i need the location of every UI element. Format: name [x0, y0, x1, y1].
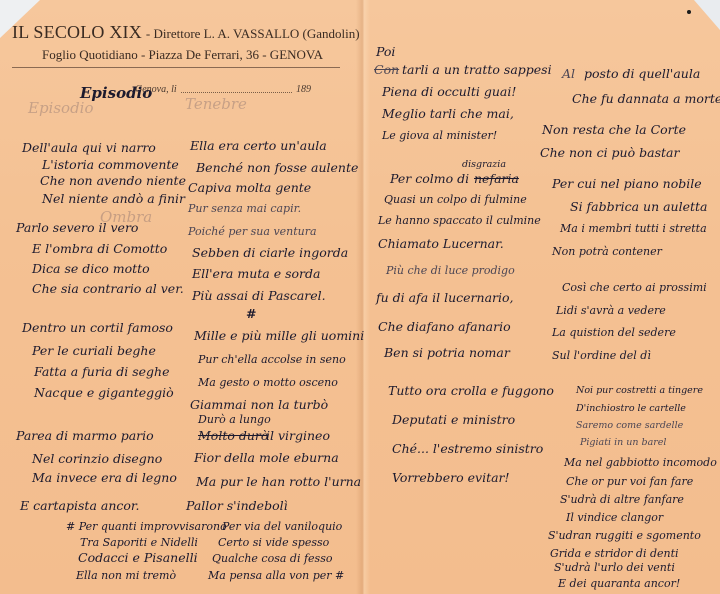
verse-line: Pur ch'ella accolse in seno [198, 354, 346, 365]
verse-line: D'inchiostro le cartelle [576, 404, 686, 414]
verse-line: Giammai non la turbò [190, 399, 328, 412]
verse-line: tarli a un tratto sappesi [402, 64, 552, 77]
verse-line: Certo si vide spesso [218, 537, 329, 548]
verse-line: Pigiati in un barel [580, 438, 666, 448]
verse-line: Nel corinzio disegno [32, 453, 162, 466]
verse-line: Ma pur le han rotto l'urna [196, 476, 361, 489]
verse-line: E cartapista ancor. [20, 500, 139, 513]
verse-line: il virgineo [266, 430, 330, 443]
verse-line: Che or pur voi fan fare [566, 476, 693, 487]
verse-insertion: Al [562, 68, 575, 81]
verse-line: Per via del vaniloquio [222, 521, 342, 532]
verse-line: Per cui nel piano nobile [552, 178, 702, 191]
verse-line: E l'ombra di Comotto [32, 243, 167, 256]
verse-line: Codacci e Pisanelli [78, 552, 198, 565]
verse-line: Per le curiali beghe [32, 345, 156, 358]
verse-line: Sul l'ordine del dì [552, 350, 651, 361]
verse-line: Che sia contrario al ver. [32, 283, 184, 296]
verse-line: Che non avendo niente [40, 175, 186, 188]
verse-line: Ben si potria nomar [384, 347, 510, 360]
verse-line: Ma invece era di legno [32, 472, 177, 485]
verse-line-insertion: Durò a lungo [198, 414, 271, 425]
left-page: IL SECOLO XIX - Direttore L. A. VASSALLO… [0, 0, 362, 594]
verse-line: S'udrà di altre fanfare [560, 494, 684, 505]
verse-line: Pallor s'indebolì [186, 500, 288, 513]
verse-line: La quistion del sedere [552, 327, 676, 338]
verse-line: Meglio tarli che mai, [382, 108, 514, 121]
verse-line: Il vindice clangor [566, 512, 663, 523]
verse-line: Chiamato Lucernar. [378, 238, 504, 251]
verse-line: L'istoria commovente [42, 159, 179, 172]
verse-insertion: Poi [376, 46, 395, 59]
verse-line: Grida e stridor di denti [550, 548, 679, 559]
verse-line: Ella non mi tremò [76, 570, 176, 581]
verse-line: Quasi un colpo di fulmine [384, 194, 527, 205]
verse-line: Per colmo di [390, 173, 469, 186]
verse-line: E dei quaranta ancor! [558, 578, 680, 589]
manuscript-title: Episodio [80, 86, 152, 101]
show-through-text: Tenebre [185, 97, 247, 112]
verse-line: Fatta a furia di seghe [34, 366, 170, 379]
verse-line: Benché non fosse aulente [196, 162, 358, 175]
verse-line: S'udran ruggiti e sgomento [548, 530, 701, 541]
date-blank [181, 92, 292, 93]
verse-line: Tutto ora crolla e fuggono [388, 385, 554, 398]
verse-struck: Con [374, 64, 399, 77]
verse-line: Parea di marmo pario [16, 430, 154, 443]
verse-line: Lidi s'avrà a vedere [556, 305, 666, 316]
dateline: Genova, li 189 [135, 84, 311, 95]
letterhead-title: IL SECOLO XIX - Direttore L. A. VASSALLO… [12, 22, 360, 43]
verse-line: Deputati e ministro [392, 414, 515, 427]
verse-line: Noi pur costretti a tingere [576, 386, 703, 396]
verse-line: Ma pensa alla von per # [208, 570, 344, 581]
verse-line: Mille e più mille gli uomini [194, 330, 364, 343]
verse-line: Dell'aula qui vi narro [22, 142, 156, 155]
verse-line: Vorrebbero evitar! [392, 472, 510, 485]
verse-line: Qualche cosa di fesso [212, 553, 332, 564]
date-year: 189 [296, 84, 311, 95]
verse-line: Che diafano afanario [378, 321, 511, 334]
verse-line: Tra Saporiti e Nidelli [80, 537, 198, 548]
verse-line: Le hanno spaccato il culmine [378, 215, 541, 226]
verse-line: Poiché per sua ventura [188, 226, 317, 237]
show-through-text: Episodio [28, 101, 94, 116]
verse-line-struck: Molto durò [198, 430, 268, 443]
verse-line: Sebben di ciarle ingorda [192, 247, 348, 260]
verse-line: Ma nel gabbiotto incomodo [564, 457, 717, 468]
verse-line: Dentro un cortil famoso [22, 322, 173, 335]
verse-line: Che non ci può bastar [540, 147, 679, 160]
newspaper-name: IL SECOLO XIX [12, 22, 142, 42]
verse-line: Non potrà contener [552, 246, 662, 257]
verse-line: Che fu dannata a morte [572, 93, 720, 106]
verse-line: Saremo come sardelle [576, 421, 683, 431]
verse-line: Piena di occulti guai! [382, 86, 516, 99]
verse-line: Capiva molta gente [188, 182, 311, 195]
verse-line: Ell'era muta e sorda [192, 268, 320, 281]
verse-line: Fior della mole eburna [194, 452, 339, 465]
verse-line: Così che certo ai prossimi [562, 282, 707, 293]
letterhead-divider [12, 67, 340, 68]
verse-line: posto di quell'aula [584, 68, 700, 81]
verse-line: Nacque e giganteggiò [34, 387, 174, 400]
right-page: Poi Con tarli a un tratto sappesi Piena … [366, 0, 720, 594]
verse-struck: nefaria [474, 173, 519, 186]
verse-line: Pur senza mai capir. [188, 203, 301, 214]
verse-line: Si fabbrica un auletta [570, 201, 708, 214]
verse-line: Dica se dico motto [32, 263, 150, 276]
verse-line: Parlo severo il vero [16, 222, 138, 235]
verse-line: Più che di luce prodigo [386, 265, 515, 276]
verse-line: Ma gesto o motto osceno [198, 377, 338, 388]
verse-line: Più assai di Pascarel. [192, 290, 326, 303]
verse-line: Ella era certo un'aula [190, 140, 327, 153]
verse-line: fu di afa il lucernario, [376, 292, 514, 305]
verse-line: S'udrà l'urlo dei venti [554, 562, 675, 573]
verse-line: Ché... l'estremo sinistro [392, 443, 543, 456]
verse-line: Le giova al minister! [382, 130, 497, 141]
verse-insertion: disgrazia [462, 160, 506, 170]
verse-line: Nel niente andò a finir [42, 193, 185, 206]
verse-line: Non resta che la Corte [542, 124, 686, 137]
director-line: - Direttore L. A. VASSALLO (Gandolin) [146, 26, 360, 41]
letterhead-subtitle: Foglio Quotidiano - Piazza De Ferrari, 3… [42, 47, 323, 63]
section-mark: # [246, 308, 256, 321]
verse-line: Ma i membri tutti i stretta [560, 223, 707, 234]
verse-line: # Per quanti improvvisarono [66, 521, 227, 532]
